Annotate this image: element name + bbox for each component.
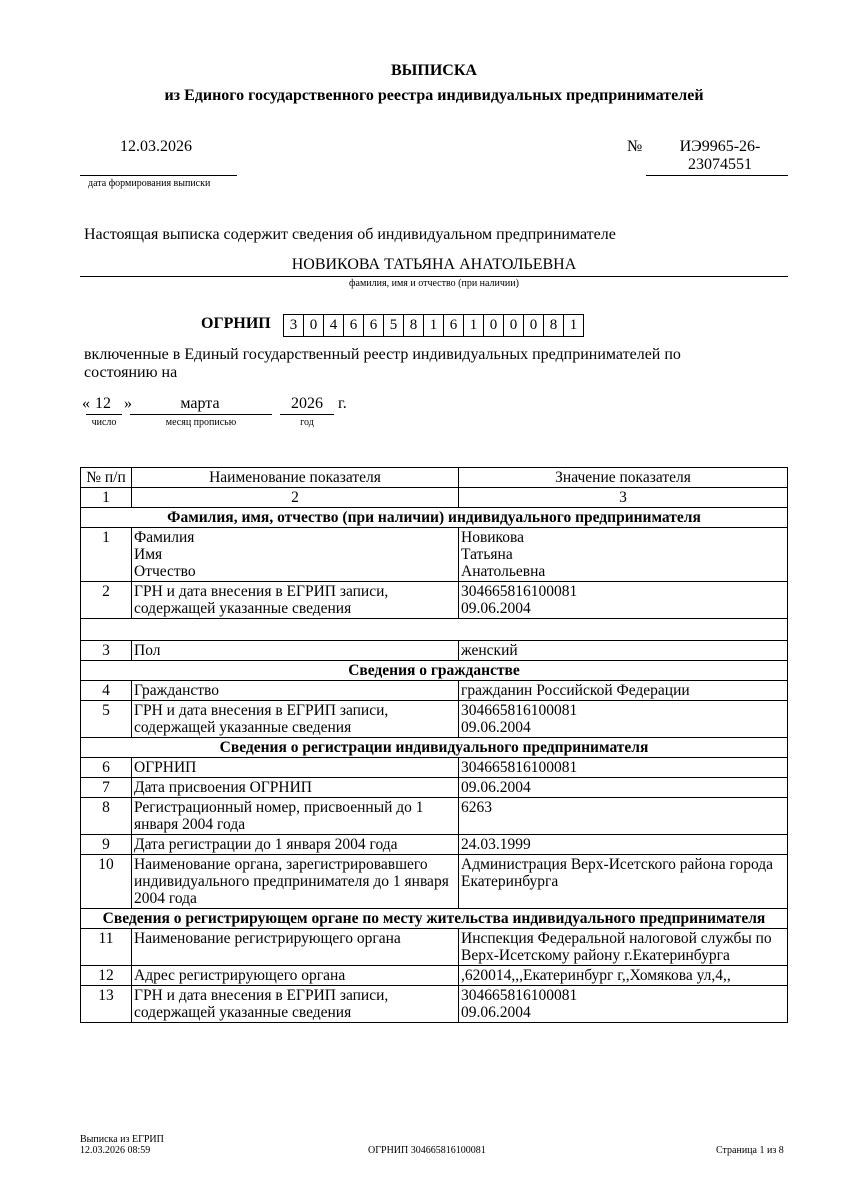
empty-cell — [81, 619, 788, 641]
ogrnip-digit: 1 — [423, 314, 444, 337]
section-heading: Сведения о регистрации индивидуального п… — [81, 738, 788, 758]
generation-date-caption: дата формирования выписки — [88, 178, 210, 189]
row-name: Фамилия Имя Отчество — [132, 528, 459, 582]
ogrnip-digit: 6 — [443, 314, 464, 337]
section-heading: Сведения о регистрирующем органе по мест… — [81, 909, 788, 929]
ogrnip-digit: 3 — [283, 314, 304, 337]
row-name: Дата регистрации до 1 января 2004 года — [132, 835, 459, 855]
date-year: 2026 — [282, 395, 332, 413]
ogrnip-digit: 5 — [383, 314, 404, 337]
row-number: 7 — [81, 778, 132, 798]
table-row: 1 Фамилия Имя Отчество Новикова Татьяна … — [81, 528, 788, 582]
row-value: Инспекция Федеральной налоговой службы п… — [459, 929, 788, 966]
day-underline — [86, 414, 122, 415]
section-heading: Фамилия, имя, отчество (при наличии) инд… — [81, 508, 788, 528]
row-value: 304665816100081 09.06.2004 — [459, 701, 788, 738]
row-value: 24.03.1999 — [459, 835, 788, 855]
table-row: 11 Наименование регистрирующего органа И… — [81, 929, 788, 966]
full-name-underline — [80, 276, 788, 277]
document-number-line2: 23074551 — [660, 156, 780, 174]
table-row: 7 Дата присвоения ОГРНИП 09.06.2004 — [81, 778, 788, 798]
row-value: Новикова Татьяна Анатольевна — [459, 528, 788, 582]
row-number: 3 — [81, 641, 132, 661]
entrepreneur-full-name: НОВИКОВА ТАТЬЯНА АНАТОЛЬЕВНА — [80, 256, 788, 274]
row-name: Регистрационный номер, присвоенный до 1 … — [132, 798, 459, 835]
table-row: 10 Наименование органа, зарегистрировавш… — [81, 855, 788, 909]
row-value: 6263 — [459, 798, 788, 835]
ogrnip-digit: 8 — [403, 314, 424, 337]
table-row: 6 ОГРНИП 304665816100081 — [81, 758, 788, 778]
intro-text: Настоящая выписка содержит сведения об и… — [84, 226, 616, 244]
row-name: Адрес регистрирующего органа — [132, 966, 459, 986]
table-row: 3 Пол женский — [81, 641, 788, 661]
row-name: ГРН и дата внесения в ЕГРИП записи, соде… — [132, 986, 459, 1023]
row-number: 12 — [81, 966, 132, 986]
row-value: ,620014,,,Екатеринбург г,,Хомякова ул,4,… — [459, 966, 788, 986]
row-name: Гражданство — [132, 681, 459, 701]
table-row: 9 Дата регистрации до 1 января 2004 года… — [81, 835, 788, 855]
footer-page-number: Страница 1 из 8 — [716, 1145, 784, 1156]
column-header-indicator-name: Наименование показателя — [132, 468, 459, 488]
row-name: Дата присвоения ОГРНИП — [132, 778, 459, 798]
date-open-quote: « — [82, 395, 90, 413]
day-caption: число — [86, 417, 122, 428]
row-number: 4 — [81, 681, 132, 701]
column-header-indicator-value: Значение показателя — [459, 468, 788, 488]
row-value: 304665816100081 09.06.2004 — [459, 986, 788, 1023]
register-extract-table: № п/п Наименование показателя Значение п… — [80, 467, 788, 1023]
table-column-numbers-row: 1 2 3 — [81, 488, 788, 508]
row-number: 10 — [81, 855, 132, 909]
row-name: Наименование регистрирующего органа — [132, 929, 459, 966]
column-header-number: № п/п — [81, 468, 132, 488]
full-name-caption: фамилия, имя и отчество (при наличии) — [80, 278, 788, 289]
row-number: 2 — [81, 582, 132, 619]
document-subtitle: из Единого государственного реестра инди… — [0, 87, 848, 105]
number-sign: № — [627, 138, 642, 156]
ogrnip-digit: 1 — [463, 314, 484, 337]
ogrnip-digit: 6 — [343, 314, 364, 337]
section-row-fio: Фамилия, имя, отчество (при наличии) инд… — [81, 508, 788, 528]
section-row-citizenship: Сведения о гражданстве — [81, 661, 788, 681]
ogrnip-digit: 0 — [503, 314, 524, 337]
row-value: 09.06.2004 — [459, 778, 788, 798]
row-number: 8 — [81, 798, 132, 835]
column-number: 2 — [132, 488, 459, 508]
row-name: ОГРНИП — [132, 758, 459, 778]
ogrnip-digit: 6 — [363, 314, 384, 337]
section-row-tax-authority: Сведения о регистрирующем органе по мест… — [81, 909, 788, 929]
row-number: 5 — [81, 701, 132, 738]
document-title: ВЫПИСКА — [0, 62, 848, 80]
table-row: 12 Адрес регистрирующего органа ,620014,… — [81, 966, 788, 986]
row-name: Пол — [132, 641, 459, 661]
ogrnip-digit-boxes: 3 0 4 6 6 5 8 1 6 1 0 0 0 8 1 — [284, 314, 584, 337]
table-row: 2 ГРН и дата внесения в ЕГРИП записи, со… — [81, 582, 788, 619]
table-row: 5 ГРН и дата внесения в ЕГРИП записи, со… — [81, 701, 788, 738]
footer-document-type: Выписка из ЕГРИП — [80, 1134, 164, 1145]
ogrnip-digit: 0 — [303, 314, 324, 337]
row-number: 13 — [81, 986, 132, 1023]
row-value: гражданин Российской Федерации — [459, 681, 788, 701]
column-number: 3 — [459, 488, 788, 508]
row-number: 11 — [81, 929, 132, 966]
row-name: ГРН и дата внесения в ЕГРИП записи, соде… — [132, 701, 459, 738]
ogrnip-digit: 0 — [483, 314, 504, 337]
column-number: 1 — [81, 488, 132, 508]
table-row: 4 Гражданство гражданин Российской Федер… — [81, 681, 788, 701]
date-close-quote: » — [124, 395, 132, 413]
table-row: 8 Регистрационный номер, присвоенный до … — [81, 798, 788, 835]
included-in-register-text: включенные в Единый государственный реес… — [84, 346, 744, 382]
month-underline — [130, 414, 272, 415]
table-row: 13 ГРН и дата внесения в ЕГРИП записи, с… — [81, 986, 788, 1023]
date-year-suffix: г. — [338, 395, 347, 413]
row-value: 304665816100081 — [459, 758, 788, 778]
date-day: 12 — [93, 395, 113, 413]
footer-timestamp: 12.03.2026 08:59 — [80, 1145, 164, 1156]
date-month: марта — [135, 395, 265, 413]
year-caption: год — [280, 417, 334, 428]
row-value: женский — [459, 641, 788, 661]
row-name: ГРН и дата внесения в ЕГРИП записи, соде… — [132, 582, 459, 619]
ogrnip-label: ОГРНИП — [201, 315, 271, 333]
section-row-registration: Сведения о регистрации индивидуального п… — [81, 738, 788, 758]
table-header-row: № п/п Наименование показателя Значение п… — [81, 468, 788, 488]
month-caption: месяц прописью — [130, 417, 272, 428]
document-number-underline — [646, 175, 788, 176]
row-value: Администрация Верх-Исетского района горо… — [459, 855, 788, 909]
section-heading: Сведения о гражданстве — [81, 661, 788, 681]
document-number-line1: ИЭ9965-26- — [660, 138, 780, 156]
year-underline — [280, 414, 334, 415]
row-number: 6 — [81, 758, 132, 778]
row-value: 304665816100081 09.06.2004 — [459, 582, 788, 619]
row-number: 1 — [81, 528, 132, 582]
document-number: ИЭ9965-26- 23074551 — [660, 138, 780, 174]
row-name: Наименование органа, зарегистрировавшего… — [132, 855, 459, 909]
generation-date: 12.03.2026 — [120, 138, 192, 156]
table-row-empty — [81, 619, 788, 641]
row-number: 9 — [81, 835, 132, 855]
ogrnip-digit: 1 — [563, 314, 584, 337]
ogrnip-digit: 0 — [523, 314, 544, 337]
footer-ogrnip: ОГРНИП 304665816100081 — [368, 1145, 486, 1156]
footer-left: Выписка из ЕГРИП 12.03.2026 08:59 — [80, 1134, 164, 1156]
generation-date-underline — [80, 175, 237, 176]
ogrnip-digit: 4 — [323, 314, 344, 337]
ogrnip-digit: 8 — [543, 314, 564, 337]
